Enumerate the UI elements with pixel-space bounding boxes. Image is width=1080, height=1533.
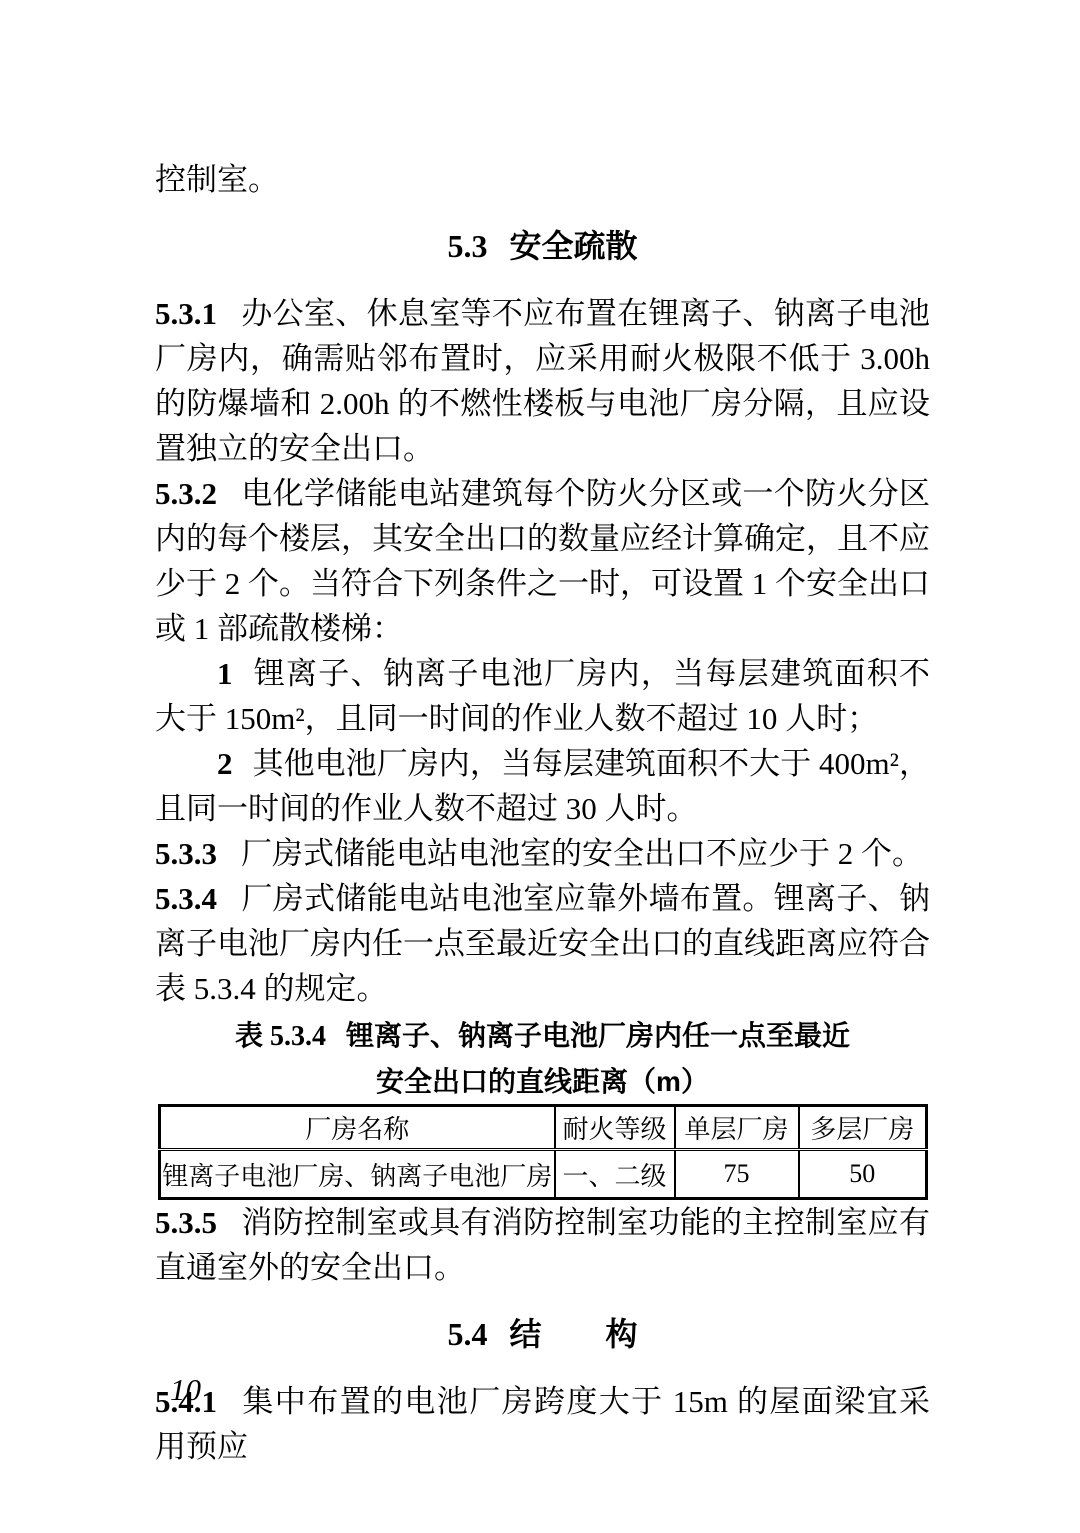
table-5-3-4: 厂房名称 耐火等级 单层厂房 多层厂房 锂离子电池厂房、钠离子电池厂房 一、二级… — [158, 1104, 928, 1200]
continuation-text: 控制室。 — [155, 162, 279, 197]
table-header-multi-storey: 多层厂房 — [799, 1106, 927, 1150]
clause-5-3-1-number: 5.3.1 — [155, 296, 217, 331]
clause-5-4-1: 5.4.1集中布置的电池厂房跨度大于 15m 的屋面梁宜采用预应 — [155, 1379, 930, 1469]
section-5-4-title: 结 构 — [509, 1316, 637, 1352]
clause-5-3-4: 5.3.4厂房式储能电站电池室应靠外墙布置。锂离子、钠离子电池厂房内任一点至最近… — [155, 876, 930, 1011]
clause-5-3-5: 5.3.5消防控制室或具有消防控制室功能的主控制室应有直通室外的安全出口。 — [155, 1200, 930, 1290]
table-title-line1: 表 5.3.4锂离子、钠离子电池厂房内任一点至最近 — [155, 1013, 930, 1059]
table-title-label: 表 5.3.4 — [235, 1021, 326, 1052]
clause-5-3-2-number: 5.3.2 — [155, 476, 217, 511]
clause-5-3-1: 5.3.1办公室、休息室等不应布置在锂离子、钠离子电池厂房内，确需贴邻布置时，应… — [155, 291, 930, 471]
paragraph-continuation: 控制室。 — [155, 157, 930, 202]
table-title-line2-text: 安全出口的直线距离（m） — [376, 1066, 709, 1097]
table-header-factory-name: 厂房名称 — [160, 1106, 555, 1150]
clause-5-3-5-number: 5.3.5 — [155, 1205, 217, 1240]
clause-5-3-2: 5.3.2电化学储能电站建筑每个防火分区或一个防火分区内的每个楼层，其安全出口的… — [155, 471, 930, 651]
table-row: 锂离子电池厂房、钠离子电池厂房 一、二级 75 50 — [160, 1150, 927, 1199]
section-5-3-heading: 5.3安全疏散 — [155, 224, 930, 269]
section-5-4-number: 5.4 — [447, 1316, 487, 1352]
section-5-3-title: 安全疏散 — [509, 228, 637, 264]
clause-5-4-1-text: 集中布置的电池厂房跨度大于 15m 的屋面梁宜采用预应 — [155, 1384, 930, 1464]
table-header-fire-resistance: 耐火等级 — [555, 1106, 675, 1150]
list-item-2-text: 其他电池厂房内，当每层建筑面积不大于 400m²，且同一时间的作业人数不超过 3… — [155, 746, 930, 826]
document-page: 控制室。 5.3安全疏散 5.3.1办公室、休息室等不应布置在锂离子、钠离子电池… — [0, 0, 1080, 1533]
page-number: 10 — [170, 1372, 201, 1408]
table-cell-single-storey: 75 — [675, 1150, 799, 1199]
list-item-1: 1锂离子、钠离子电池厂房内，当每层建筑面积不大于 150m²，且同一时间的作业人… — [155, 651, 930, 741]
clause-5-3-3: 5.3.3厂房式储能电站电池室的安全出口不应少于 2 个。 — [155, 831, 930, 876]
list-item-1-text: 锂离子、钠离子电池厂房内，当每层建筑面积不大于 150m²，且同一时间的作业人数… — [155, 656, 930, 736]
page-content: 控制室。 5.3安全疏散 5.3.1办公室、休息室等不应布置在锂离子、钠离子电池… — [0, 0, 1080, 1469]
table-title-line2: 安全出口的直线距离（m） — [155, 1059, 930, 1104]
clause-5-3-1-text: 办公室、休息室等不应布置在锂离子、钠离子电池厂房内，确需贴邻布置时，应采用耐火极… — [155, 296, 930, 466]
table-header-row: 厂房名称 耐火等级 单层厂房 多层厂房 — [160, 1106, 927, 1150]
table-header-single-storey: 单层厂房 — [675, 1106, 799, 1150]
clause-5-3-5-text: 消防控制室或具有消防控制室功能的主控制室应有直通室外的安全出口。 — [155, 1205, 930, 1285]
section-5-4-heading: 5.4结 构 — [155, 1312, 930, 1357]
table-title-line1-text: 锂离子、钠离子电池厂房内任一点至最近 — [346, 1020, 850, 1051]
list-item-2: 2其他电池厂房内，当每层建筑面积不大于 400m²，且同一时间的作业人数不超过 … — [155, 741, 930, 831]
clause-5-3-3-text: 厂房式储能电站电池室的安全出口不应少于 2 个。 — [241, 836, 923, 871]
clause-5-3-2-text: 电化学储能电站建筑每个防火分区或一个防火分区内的每个楼层，其安全出口的数量应经计… — [155, 476, 930, 646]
list-item-1-number: 1 — [217, 656, 233, 691]
clause-5-3-4-text: 厂房式储能电站电池室应靠外墙布置。锂离子、钠离子电池厂房内任一点至最近安全出口的… — [155, 881, 930, 1006]
table-cell-fire-resistance: 一、二级 — [555, 1150, 675, 1199]
clause-5-3-3-number: 5.3.3 — [155, 836, 217, 871]
table-5-3-4-title: 表 5.3.4锂离子、钠离子电池厂房内任一点至最近 安全出口的直线距离（m） — [155, 1013, 930, 1104]
section-5-3-number: 5.3 — [447, 228, 487, 264]
clause-5-3-4-number: 5.3.4 — [155, 881, 217, 916]
list-item-2-number: 2 — [217, 746, 233, 781]
table-cell-factory-name: 锂离子电池厂房、钠离子电池厂房 — [160, 1150, 555, 1199]
table-cell-multi-storey: 50 — [799, 1150, 927, 1199]
